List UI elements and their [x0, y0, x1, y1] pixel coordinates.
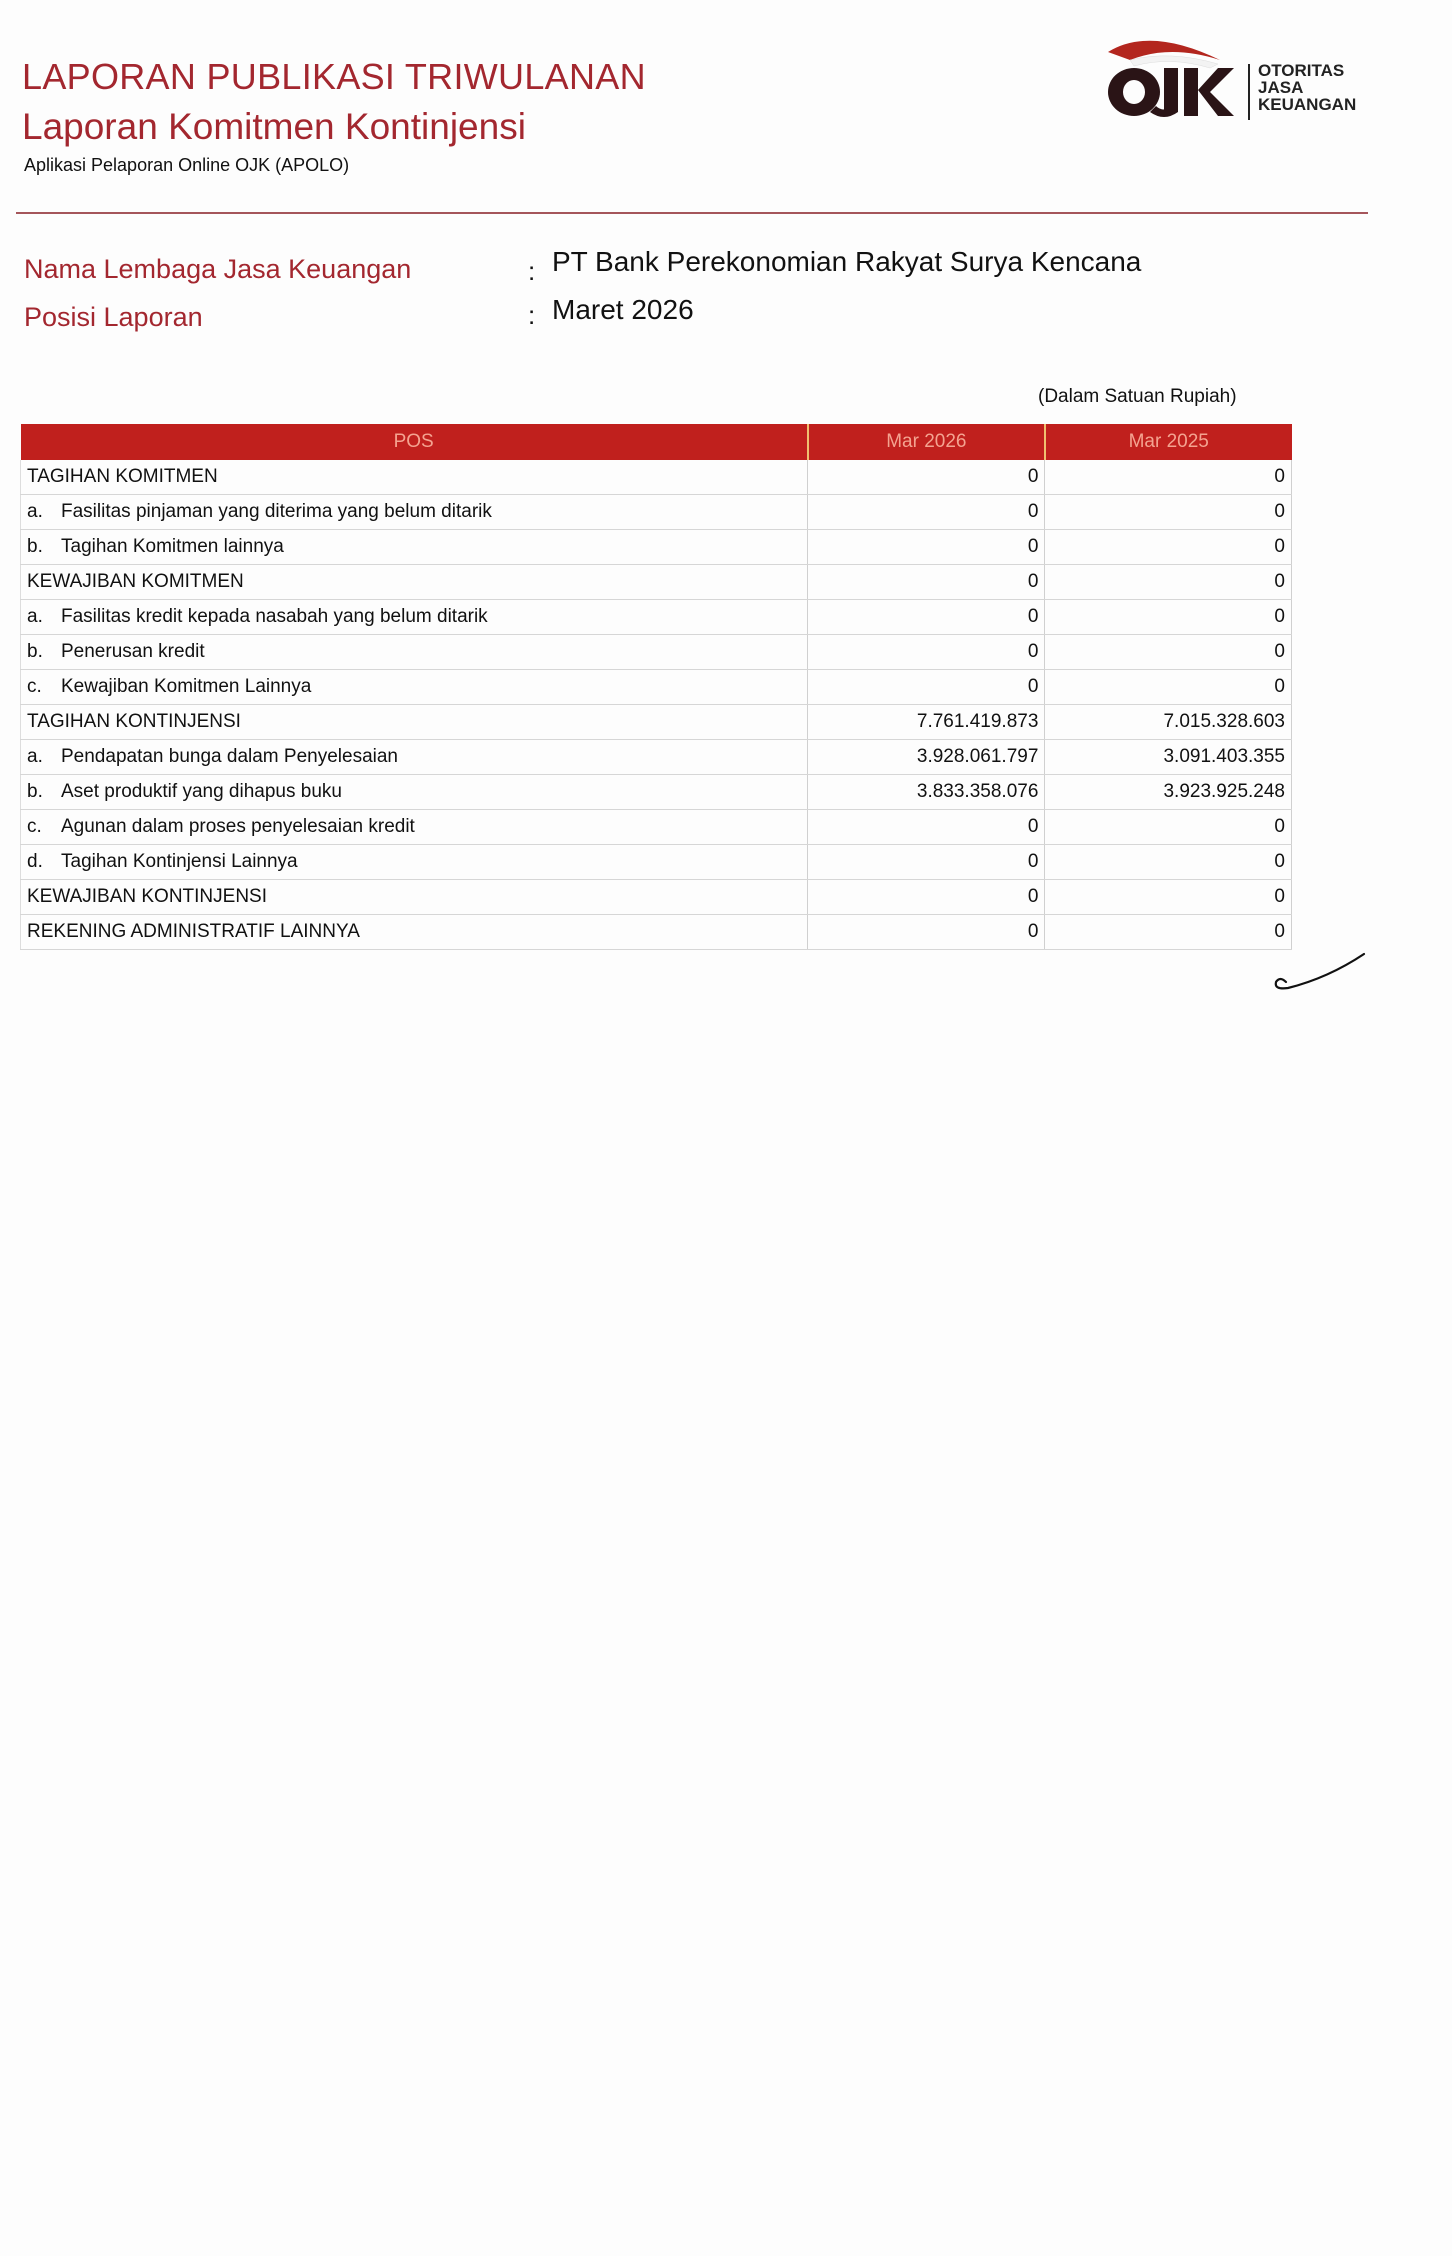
row-label: d.Tagihan Kontinjensi Lainnya: [21, 845, 808, 880]
table-header-row: POS Mar 2026 Mar 2025: [21, 424, 1292, 460]
table-row: d.Tagihan Kontinjensi Lainnya00: [21, 845, 1292, 880]
logo-divider: [1248, 64, 1250, 120]
table-row: b.Aset produktif yang dihapus buku3.833.…: [21, 775, 1292, 810]
value-mar-2025: 3.091.403.355: [1045, 740, 1292, 775]
app-subtitle: Aplikasi Pelaporan Online OJK (APOLO): [24, 155, 349, 176]
value-mar-2026: 0: [808, 915, 1045, 950]
row-label: c.Kewajiban Komitmen Lainnya: [21, 670, 808, 705]
value-mar-2026: 3.928.061.797: [808, 740, 1045, 775]
value-mar-2025: 0: [1045, 670, 1292, 705]
value-mar-2026: 0: [808, 845, 1045, 880]
value-mar-2026: 0: [808, 530, 1045, 565]
report-name: Laporan Komitmen Kontinjensi: [22, 106, 526, 148]
value-mar-2026: 0: [808, 880, 1045, 915]
value-mar-2026: 0: [808, 600, 1045, 635]
value-mar-2025: 7.015.328.603: [1045, 705, 1292, 740]
row-letter: a.: [27, 501, 61, 523]
table-row: TAGIHAN KONTINJENSI7.761.419.8737.015.32…: [21, 705, 1292, 740]
row-label: TAGIHAN KONTINJENSI: [21, 705, 808, 740]
row-label-text: Fasilitas pinjaman yang diterima yang be…: [61, 501, 492, 522]
institution-value: PT Bank Perekonomian Rakyat Surya Kencan…: [552, 246, 1141, 278]
value-mar-2025: 0: [1045, 460, 1292, 495]
value-mar-2025: 0: [1045, 495, 1292, 530]
table-row: a.Fasilitas pinjaman yang diterima yang …: [21, 495, 1292, 530]
logo-text: OTORITAS JASA KEUANGAN: [1258, 62, 1356, 113]
value-mar-2026: 3.833.358.076: [808, 775, 1045, 810]
row-label: b.Tagihan Komitmen lainnya: [21, 530, 808, 565]
header-divider: [16, 212, 1368, 214]
value-mar-2025: 0: [1045, 845, 1292, 880]
row-letter: c.: [27, 676, 61, 698]
row-letter: d.: [27, 851, 61, 873]
value-mar-2025: 0: [1045, 600, 1292, 635]
table-row: REKENING ADMINISTRATIF LAINNYA00: [21, 915, 1292, 950]
row-label-text: Penerusan kredit: [61, 641, 205, 662]
value-mar-2025: 0: [1045, 565, 1292, 600]
ojk-logo: OTORITAS JASA KEUANGAN: [1100, 30, 1400, 125]
row-label-text: Aset produktif yang dihapus buku: [61, 781, 342, 802]
report-title: LAPORAN PUBLIKASI TRIWULANAN: [22, 56, 646, 98]
value-mar-2026: 0: [808, 460, 1045, 495]
row-label-text: Kewajiban Komitmen Lainnya: [61, 676, 311, 697]
table-row: KEWAJIBAN KONTINJENSI00: [21, 880, 1292, 915]
institution-label: Nama Lembaga Jasa Keuangan: [24, 254, 411, 285]
unit-note: (Dalam Satuan Rupiah): [1038, 386, 1237, 408]
table-row: a.Fasilitas kredit kepada nasabah yang b…: [21, 600, 1292, 635]
value-mar-2025: 0: [1045, 880, 1292, 915]
column-header-mar-2025: Mar 2025: [1045, 424, 1292, 460]
value-mar-2025: 0: [1045, 810, 1292, 845]
table-row: c.Kewajiban Komitmen Lainnya00: [21, 670, 1292, 705]
period-label: Posisi Laporan: [24, 302, 203, 333]
row-label: a.Pendapatan bunga dalam Penyelesaian: [21, 740, 808, 775]
row-label: KEWAJIBAN KONTINJENSI: [21, 880, 808, 915]
row-label-text: TAGIHAN KONTINJENSI: [27, 711, 241, 732]
table-row: KEWAJIBAN KOMITMEN00: [21, 565, 1292, 600]
value-mar-2025: 0: [1045, 530, 1292, 565]
row-letter: b.: [27, 536, 61, 558]
row-letter: b.: [27, 641, 61, 663]
row-label-text: Agunan dalam proses penyelesaian kredit: [61, 816, 415, 837]
row-label-text: Fasilitas kredit kepada nasabah yang bel…: [61, 606, 488, 627]
table-body: TAGIHAN KOMITMEN00a.Fasilitas pinjaman y…: [21, 460, 1292, 950]
row-label: b.Penerusan kredit: [21, 635, 808, 670]
value-mar-2026: 0: [808, 565, 1045, 600]
table-row: TAGIHAN KOMITMEN00: [21, 460, 1292, 495]
row-letter: c.: [27, 816, 61, 838]
column-header-pos: POS: [21, 424, 808, 460]
row-letter: b.: [27, 781, 61, 803]
row-label-text: Tagihan Komitmen lainnya: [61, 536, 284, 557]
row-letter: a.: [27, 606, 61, 628]
row-label: TAGIHAN KOMITMEN: [21, 460, 808, 495]
value-mar-2026: 0: [808, 810, 1045, 845]
row-label-text: TAGIHAN KOMITMEN: [27, 466, 218, 487]
row-label-text: REKENING ADMINISTRATIF LAINNYA: [27, 921, 360, 942]
row-label-text: KEWAJIBAN KONTINJENSI: [27, 886, 267, 907]
table-row: b.Penerusan kredit00: [21, 635, 1292, 670]
period-value: Maret 2026: [552, 294, 694, 326]
row-label: b.Aset produktif yang dihapus buku: [21, 775, 808, 810]
row-label-text: Tagihan Kontinjensi Lainnya: [61, 851, 298, 872]
row-label: REKENING ADMINISTRATIF LAINNYA: [21, 915, 808, 950]
value-mar-2025: 0: [1045, 635, 1292, 670]
row-label-text: Pendapatan bunga dalam Penyelesaian: [61, 746, 398, 767]
table-row: c.Agunan dalam proses penyelesaian kredi…: [21, 810, 1292, 845]
period-colon: :: [528, 300, 535, 331]
row-label: a.Fasilitas kredit kepada nasabah yang b…: [21, 600, 808, 635]
row-label-text: KEWAJIBAN KOMITMEN: [27, 571, 244, 592]
commitment-contingency-table: POS Mar 2026 Mar 2025 TAGIHAN KOMITMEN00…: [20, 424, 1292, 950]
table-row: a.Pendapatan bunga dalam Penyelesaian3.9…: [21, 740, 1292, 775]
row-letter: a.: [27, 746, 61, 768]
value-mar-2026: 7.761.419.873: [808, 705, 1045, 740]
value-mar-2026: 0: [808, 670, 1045, 705]
value-mar-2026: 0: [808, 495, 1045, 530]
value-mar-2025: 0: [1045, 915, 1292, 950]
value-mar-2025: 3.923.925.248: [1045, 775, 1292, 810]
ojk-logo-mark-icon: [1100, 30, 1235, 125]
row-label: a.Fasilitas pinjaman yang diterima yang …: [21, 495, 808, 530]
signature-mark-icon: [1268, 948, 1368, 1008]
value-mar-2026: 0: [808, 635, 1045, 670]
row-label: KEWAJIBAN KOMITMEN: [21, 565, 808, 600]
row-label: c.Agunan dalam proses penyelesaian kredi…: [21, 810, 808, 845]
table-row: b.Tagihan Komitmen lainnya00: [21, 530, 1292, 565]
institution-colon: :: [528, 256, 535, 287]
column-header-mar-2026: Mar 2026: [808, 424, 1045, 460]
